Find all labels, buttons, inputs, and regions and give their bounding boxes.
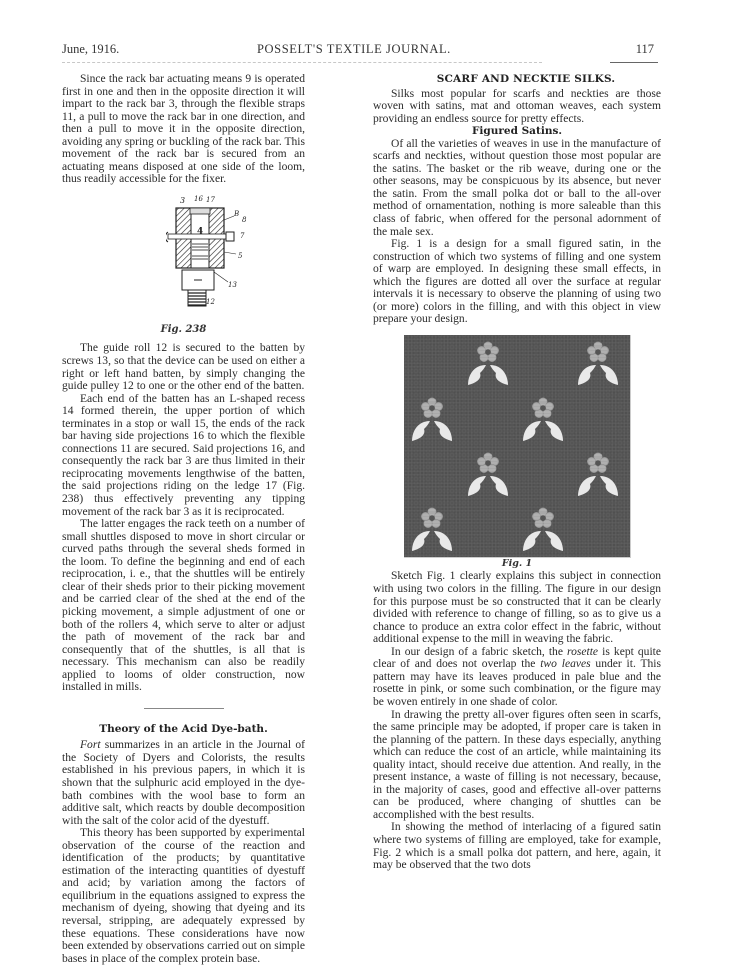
svg-text:5: 5 [238,252,243,260]
section-divider [144,708,224,709]
page-number-rule [610,62,658,63]
page-number: 117 [636,42,654,57]
svg-text:B: B [233,210,239,218]
figure-238-caption: Fig. 238 [62,324,305,337]
header-rule [62,62,542,63]
article-heading-scarf-necktie-silks: SCARF AND NECKTIE SILKS. [373,73,661,86]
rosette-motif-icon [521,507,565,553]
paragraph: Sketch Fig. 1 clearly explains this subj… [373,570,661,645]
svg-text:13: 13 [228,281,237,289]
rosette-motif-icon [576,341,620,387]
figure-1-fabric-design [404,335,631,558]
rosette-motif-icon [576,452,620,498]
paragraph: In our design of a fabric sketch, the ro… [373,646,661,709]
paragraph: The latter engages the rack teeth on a n… [62,518,305,694]
paragraph: This theory has been supported by experi… [62,827,305,965]
rosette-motif-icon [466,341,510,387]
rosette-motif-icon [410,397,454,443]
label-3: 3 [180,196,185,205]
paragraph: The guide roll 12 is secured to the batt… [62,342,305,392]
issue-date: June, 1916. [62,42,119,57]
left-column: Since the rack bar actuating means 9 is … [62,73,305,965]
right-column: SCARF AND NECKTIE SILKS. Silks most popu… [373,73,661,872]
svg-text:7: 7 [240,232,245,240]
author-name: Fort [80,739,101,751]
rosette-motif-icon [466,452,510,498]
mechanism-diagram-icon: 3 16 17 4 B 8 7 5 [166,192,256,310]
paragraph: Fig. 1 is a design for a small figured s… [373,238,661,326]
rosette-motif-icon [410,507,454,553]
paragraph: Each end of the batten has an L-shaped r… [62,393,305,518]
paragraph: Fort summarizes in an article in the Jou… [62,739,305,827]
subheading-figured-satins: Figured Satins. [373,125,661,138]
section-heading-acid-dye-bath: Theory of the Acid Dye-bath. [62,723,305,736]
figure-238: 3 16 17 4 B 8 7 5 [62,192,305,322]
svg-text:17: 17 [206,196,215,204]
paragraph: In showing the method of interlacing of … [373,821,661,871]
journal-title: POSSELT'S TEXTILE JOURNAL. [257,42,451,57]
svg-text:16: 16 [194,195,203,203]
svg-text:8: 8 [242,216,247,224]
paragraph: Silks most popular for scarfs and neckti… [373,88,661,126]
paragraph: In drawing the pretty all-over figures o… [373,709,661,822]
svg-text:12: 12 [206,298,215,306]
paragraph: Of all the varieties of weaves in use in… [373,138,661,238]
paragraph: Since the rack bar actuating means 9 is … [62,73,305,186]
rosette-motif-icon [521,397,565,443]
figure-1-caption: Fig. 1 [373,558,661,571]
running-header: June, 1916. POSSELT'S TEXTILE JOURNAL. 1… [62,42,654,60]
